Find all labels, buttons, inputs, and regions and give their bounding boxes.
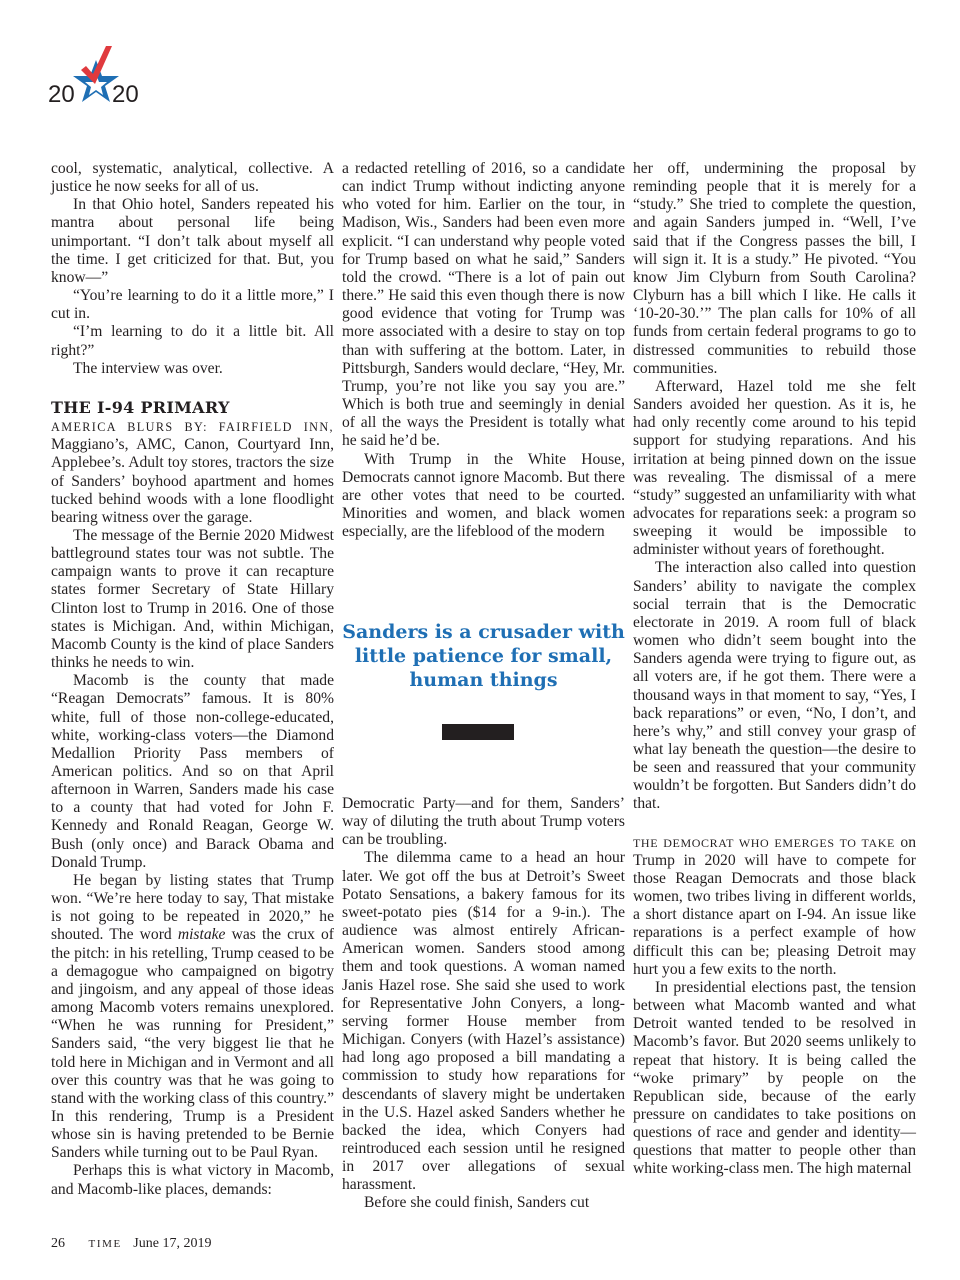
paragraph: a redacted retelling of 2016, so a candi… [342, 160, 625, 451]
paragraph: He began by listing states that Trump wo… [51, 872, 334, 1163]
paragraph: her off, undermining the proposal by rem… [633, 160, 916, 378]
issue-date: June 17, 2019 [133, 1236, 211, 1251]
paragraph: Before she could finish, Sanders cut [342, 1194, 625, 1212]
star-checkmark-icon: 20 20 [46, 44, 146, 112]
paragraph-lead: America blurs by: Fairfield Inn, Maggian… [51, 418, 334, 527]
article-column-2: a redacted retelling of 2016, so a candi… [342, 160, 625, 541]
paragraph: “I’m learning to do it a little bit. All… [51, 323, 334, 359]
section-heading: THE I-94 PRIMARY [51, 399, 334, 417]
paragraph: With Trump in the White House, Democrats… [342, 451, 625, 542]
section-break [633, 814, 916, 834]
article-column-2-continued: Democratic Party—and for them, Sanders’ … [342, 795, 625, 1213]
paragraph: Afterward, Hazel told me she felt Sander… [633, 378, 916, 560]
article-column-1: cool, systematic, analytical, collective… [51, 160, 334, 1199]
page-number: 26 [51, 1236, 65, 1251]
article-column-3: her off, undermining the proposal by rem… [633, 160, 916, 1179]
paragraph: In that Ohio hotel, Sanders repeated his… [51, 196, 334, 287]
paragraph: The interaction also called into questio… [633, 559, 916, 813]
paragraph: “You’re learning to do it a little more,… [51, 287, 334, 323]
paragraph-lead: The Democrat who emerges to take on Trum… [633, 834, 916, 979]
paragraph: The message of the Bernie 2020 Midwest b… [51, 527, 334, 672]
paragraph: The dilemma came to a head an hour later… [342, 849, 625, 1194]
svg-text:20: 20 [112, 81, 139, 108]
lead-in-smallcaps: America blurs by: Fairfield Inn, [51, 420, 334, 434]
lead-in-smallcaps: The Democrat who emerges to take [633, 836, 895, 850]
paragraph: The interview was over. [51, 360, 334, 378]
pull-quote: Sanders is a crusader with little patien… [342, 620, 625, 692]
magazine-name: TIME [89, 1238, 122, 1250]
svg-text:20: 20 [48, 81, 75, 108]
paragraph: cool, systematic, analytical, collective… [51, 160, 334, 196]
paragraph: In presidential elections past, the tens… [633, 979, 916, 1179]
paragraph: Perhaps this is what victory in Macomb, … [51, 1162, 334, 1198]
2020-election-logo: 20 20 [46, 44, 146, 112]
paragraph: Macomb is the county that made “Reagan D… [51, 672, 334, 872]
paragraph: Democratic Party—and for them, Sanders’ … [342, 795, 625, 849]
page-footer: 26 TIME June 17, 2019 [51, 1236, 211, 1252]
pull-quote-bar [442, 724, 514, 740]
